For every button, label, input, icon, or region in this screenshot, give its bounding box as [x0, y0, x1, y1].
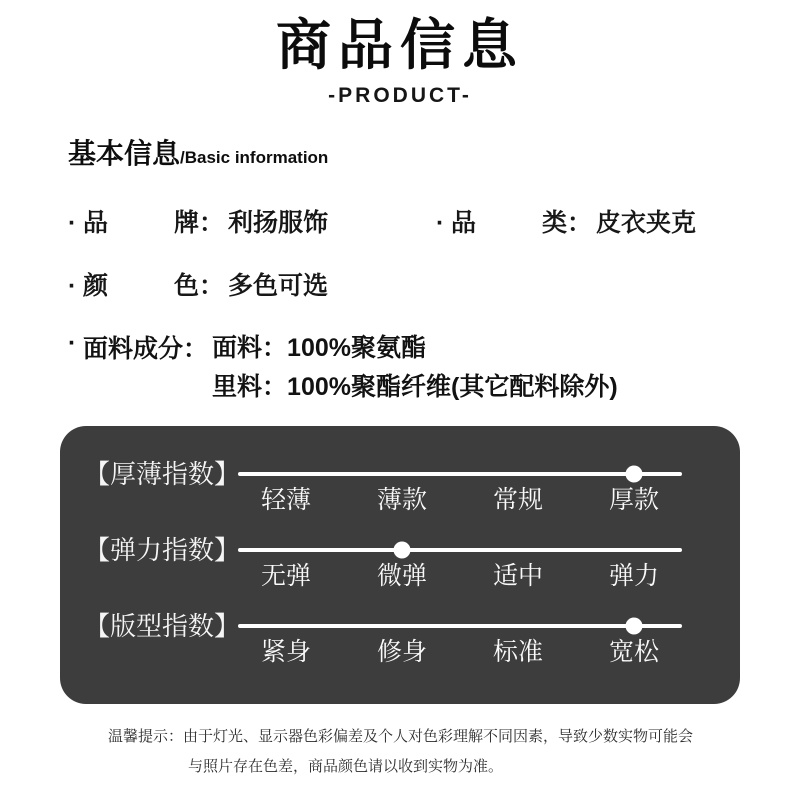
basic-info-section: 基本信息/Basic information · 品 牌 ： 利扬服饰 · 品 … — [68, 138, 800, 407]
fabric-lining-line: 里料：100%聚酯纤维(其它配料除外) — [212, 368, 618, 407]
fabric-composition-row: · 面料成分 ： 面料：100%聚氨酯 里料：100%聚酯纤维(其它配料除外) — [68, 329, 800, 407]
index-panel: 【厚薄指数】 轻薄 薄款 常规 厚款 【弹力指数】 无 — [60, 426, 740, 704]
notice-line-1: 温馨提示：由于灯光、显示器色彩偏差及个人对色彩理解不同因素，导致少数实物可能会 — [108, 722, 800, 752]
header: 商品信息 -PRODUCT- — [0, 0, 800, 108]
brand-category-row: · 品 牌 ： 利扬服饰 · 品 类 ： 皮衣夹克 — [68, 203, 800, 239]
thickness-slider: 轻薄 薄款 常规 厚款 — [238, 456, 682, 515]
tick-label: 修身 — [354, 637, 450, 667]
tick-label: 厚款 — [586, 485, 682, 515]
tick-label: 微弹 — [354, 561, 450, 591]
thickness-index-label: 【厚薄指数】 — [60, 456, 238, 492]
thickness-index-row: 【厚薄指数】 轻薄 薄款 常规 厚款 — [60, 456, 740, 532]
bullet-dot: · — [68, 272, 83, 301]
fabric-outer-value: 100%聚氨酯 — [287, 334, 426, 362]
category-value: 皮衣夹克 — [596, 203, 696, 239]
color-row: · 颜 色 ： 多色可选 — [68, 266, 800, 302]
colon: ： — [199, 203, 224, 239]
thickness-options: 轻薄 薄款 常规 厚款 — [238, 485, 682, 515]
fit-slider: 紧身 修身 标准 宽松 — [238, 608, 682, 667]
tick-label: 轻薄 — [238, 485, 334, 515]
fit-index-row: 【版型指数】 紧身 修身 标准 宽松 — [60, 608, 740, 684]
slider-thumb — [626, 618, 643, 635]
category-row: · 品 类 ： 皮衣夹克 — [436, 203, 696, 239]
colon: ： — [567, 203, 592, 239]
elasticity-slider: 无弹 微弹 适中 弹力 — [238, 532, 682, 591]
bullet-dot: · — [68, 329, 83, 358]
product-info-page: 商品信息 -PRODUCT- 基本信息/Basic information · … — [0, 0, 800, 800]
fit-options: 紧身 修身 标准 宽松 — [238, 637, 682, 667]
tick-label: 标准 — [470, 637, 566, 667]
fabric-lining-key: 里料： — [212, 373, 287, 401]
slider-track — [238, 472, 682, 476]
elasticity-options: 无弹 微弹 适中 弹力 — [238, 561, 682, 591]
colon: ： — [199, 266, 224, 302]
slider-thumb — [626, 466, 643, 483]
elasticity-index-row: 【弹力指数】 无弹 微弹 适中 弹力 — [60, 532, 740, 608]
fabric-label: 面料成分 — [83, 329, 183, 365]
page-title: 商品信息 — [0, 12, 800, 78]
fabric-outer-key: 面料： — [212, 334, 287, 362]
colon: ： — [183, 329, 208, 365]
slider-thumb — [394, 542, 411, 559]
bullet-dot: · — [436, 209, 451, 238]
tick-label: 无弹 — [238, 561, 334, 591]
color-value: 多色可选 — [228, 266, 328, 302]
slider-track — [238, 624, 682, 628]
notice-line-2: 与照片存在色差，商品颜色请以收到实物为准。 — [188, 752, 800, 782]
category-label: 品 类 — [451, 203, 567, 239]
color-label: 颜 色 — [83, 266, 199, 302]
tick-label: 弹力 — [586, 561, 682, 591]
tick-label: 紧身 — [238, 637, 334, 667]
fabric-outer-line: 面料：100%聚氨酯 — [212, 329, 618, 368]
bullet-dot: · — [68, 209, 83, 238]
basic-info-heading-en: /Basic information — [180, 148, 328, 167]
fit-index-label: 【版型指数】 — [60, 608, 238, 644]
basic-info-heading: 基本信息/Basic information — [68, 138, 800, 175]
slider-track — [238, 548, 682, 552]
tick-label: 常规 — [470, 485, 566, 515]
tick-label: 宽松 — [586, 637, 682, 667]
basic-info-heading-cn: 基本信息 — [68, 138, 180, 169]
brand-label: 品 牌 — [83, 203, 199, 239]
tick-label: 薄款 — [354, 485, 450, 515]
page-subtitle: -PRODUCT- — [0, 84, 800, 108]
fabric-lining-value: 100%聚酯纤维(其它配料除外) — [287, 373, 618, 401]
brand-row: · 品 牌 ： 利扬服饰 — [68, 203, 436, 239]
elasticity-index-label: 【弹力指数】 — [60, 532, 238, 568]
notice: 温馨提示：由于灯光、显示器色彩偏差及个人对色彩理解不同因素，导致少数实物可能会 … — [108, 722, 800, 782]
fabric-lines: 面料：100%聚氨酯 里料：100%聚酯纤维(其它配料除外) — [212, 329, 618, 407]
tick-label: 适中 — [470, 561, 566, 591]
brand-value: 利扬服饰 — [228, 203, 328, 239]
